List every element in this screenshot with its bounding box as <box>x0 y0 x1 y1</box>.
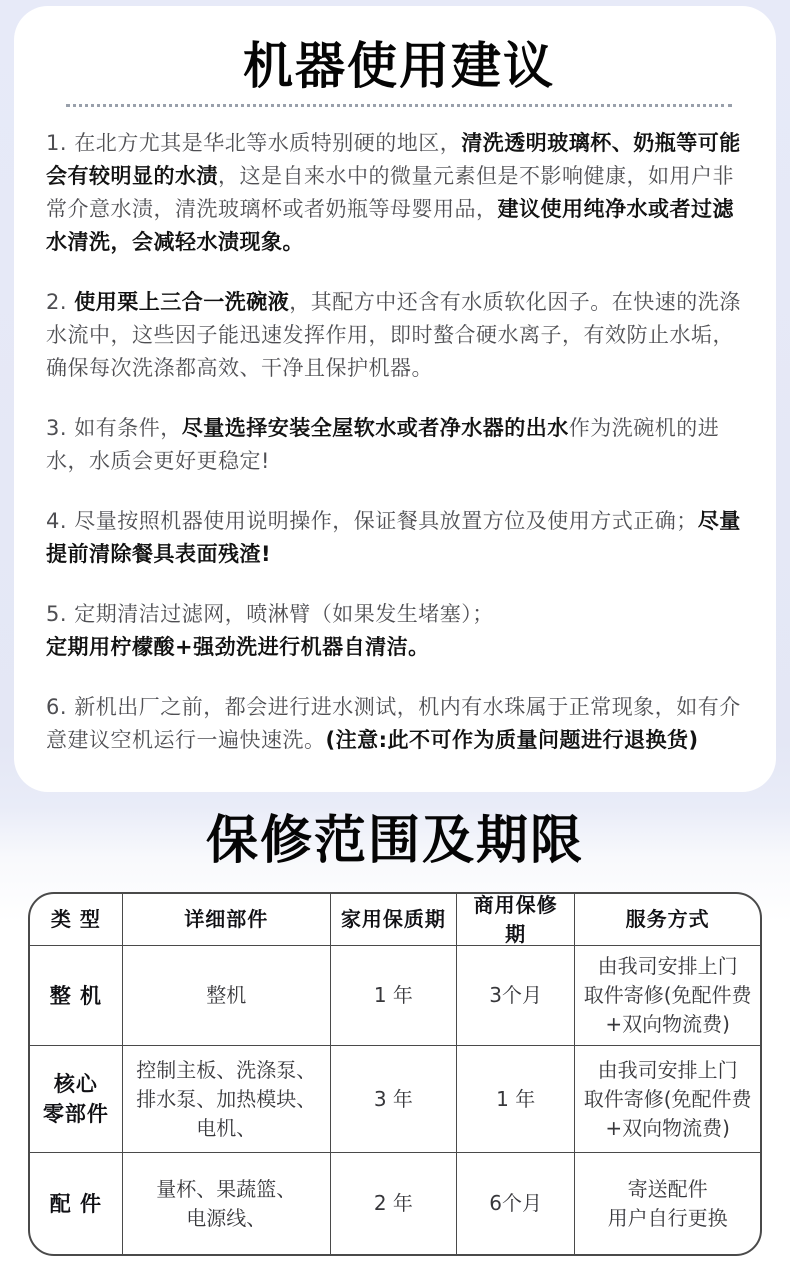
usage-title: 机器使用建议 <box>40 36 758 96</box>
warranty-header-1: 类 型 <box>30 894 123 946</box>
warranty-cell-service: 寄送配件 用户自行更换 <box>575 1153 760 1254</box>
usage-paragraph-6: 6. 新机出厂之前，都会进行进水测试，机内有水珠属于正常现象，如有介意建议空机运… <box>46 691 754 757</box>
usage-paragraph-1: 1. 在北方尤其是华北等水质特别硬的地区，清洗透明玻璃杯、奶瓶等可能会有较明显的… <box>46 127 754 259</box>
usage-paragraph-3: 3. 如有条件，尽量选择安装全屋软水或者净水器的出水作为洗碗机的进水，水质会更好… <box>46 412 754 478</box>
warranty-cell-home: 3 年 <box>331 1046 457 1153</box>
usage-paragraph-5: 5. 定期清洁过滤网，喷淋臂（如果发生堵塞）；定期用柠檬酸+强劲洗进行机器自清洁… <box>46 598 754 664</box>
usage-paragraph-2: 2. 使用栗上三合一洗碗液，其配方中还含有水质软化因子。在快速的洗涤水流中，这些… <box>46 286 754 385</box>
product-detail-page: 机器使用建议 1. 在北方尤其是华北等水质特别硬的地区，清洗透明玻璃杯、奶瓶等可… <box>0 6 790 1256</box>
emphasis-text: (注意:此不可作为质量问题进行退换货) <box>326 728 699 752</box>
warranty-header-3: 家用保质期 <box>331 894 457 946</box>
warranty-cell-commercial: 3个月 <box>457 946 575 1046</box>
warranty-header-5: 服务方式 <box>575 894 760 946</box>
warranty-cell-service: 由我司安排上门 取件寄修(免配件费 +双向物流费) <box>575 1046 760 1153</box>
emphasis-text: 定期用柠檬酸+强劲洗进行机器自清洁。 <box>46 635 430 659</box>
warranty-cell-type: 整 机 <box>30 946 123 1046</box>
emphasis-text: 尽量选择安装全屋软水或者净水器的出水 <box>182 416 569 440</box>
warranty-cell-type: 配 件 <box>30 1153 123 1254</box>
body-text: 1. 在北方尤其是华北等水质特别硬的地区， <box>46 131 461 155</box>
body-text: 4. 尽量按照机器使用说明操作，保证餐具放置方位及使用方式正确； <box>46 509 698 533</box>
warranty-table: 类 型详细部件家用保质期商用保修期服务方式整 机整机1 年3个月由我司安排上门 … <box>28 892 762 1256</box>
warranty-cell-parts: 量杯、果蔬篮、 电源线、 <box>123 1153 331 1254</box>
body-text: 3. 如有条件， <box>46 416 182 440</box>
dotted-divider <box>66 104 732 107</box>
warranty-cell-parts: 整机 <box>123 946 331 1046</box>
warranty-cell-home: 1 年 <box>331 946 457 1046</box>
usage-paragraphs: 1. 在北方尤其是华北等水质特别硬的地区，清洗透明玻璃杯、奶瓶等可能会有较明显的… <box>40 127 758 757</box>
body-text: 5. 定期清洁过滤网，喷淋臂（如果发生堵塞）； <box>46 602 494 626</box>
emphasis-text: 使用栗上三合一洗碗液 <box>74 290 289 314</box>
warranty-cell-service: 由我司安排上门 取件寄修(免配件费 +双向物流费) <box>575 946 760 1046</box>
warranty-cell-home: 2 年 <box>331 1153 457 1254</box>
warranty-cell-commercial: 6个月 <box>457 1153 575 1254</box>
usage-suggestions-card: 机器使用建议 1. 在北方尤其是华北等水质特别硬的地区，清洗透明玻璃杯、奶瓶等可… <box>14 6 776 792</box>
warranty-cell-parts: 控制主板、洗涤泵、 排水泵、加热模块、 电机、 <box>123 1046 331 1153</box>
warranty-cell-commercial: 1 年 <box>457 1046 575 1153</box>
usage-paragraph-4: 4. 尽量按照机器使用说明操作，保证餐具放置方位及使用方式正确；尽量提前清除餐具… <box>46 505 754 571</box>
warranty-section: 保修范围及期限 类 型详细部件家用保质期商用保修期服务方式整 机整机1 年3个月… <box>0 792 790 1256</box>
warranty-header-2: 详细部件 <box>123 894 331 946</box>
warranty-header-4: 商用保修期 <box>457 894 575 946</box>
warranty-title: 保修范围及期限 <box>0 810 790 872</box>
body-text: 2. <box>46 290 74 314</box>
warranty-cell-type: 核心 零部件 <box>30 1046 123 1153</box>
